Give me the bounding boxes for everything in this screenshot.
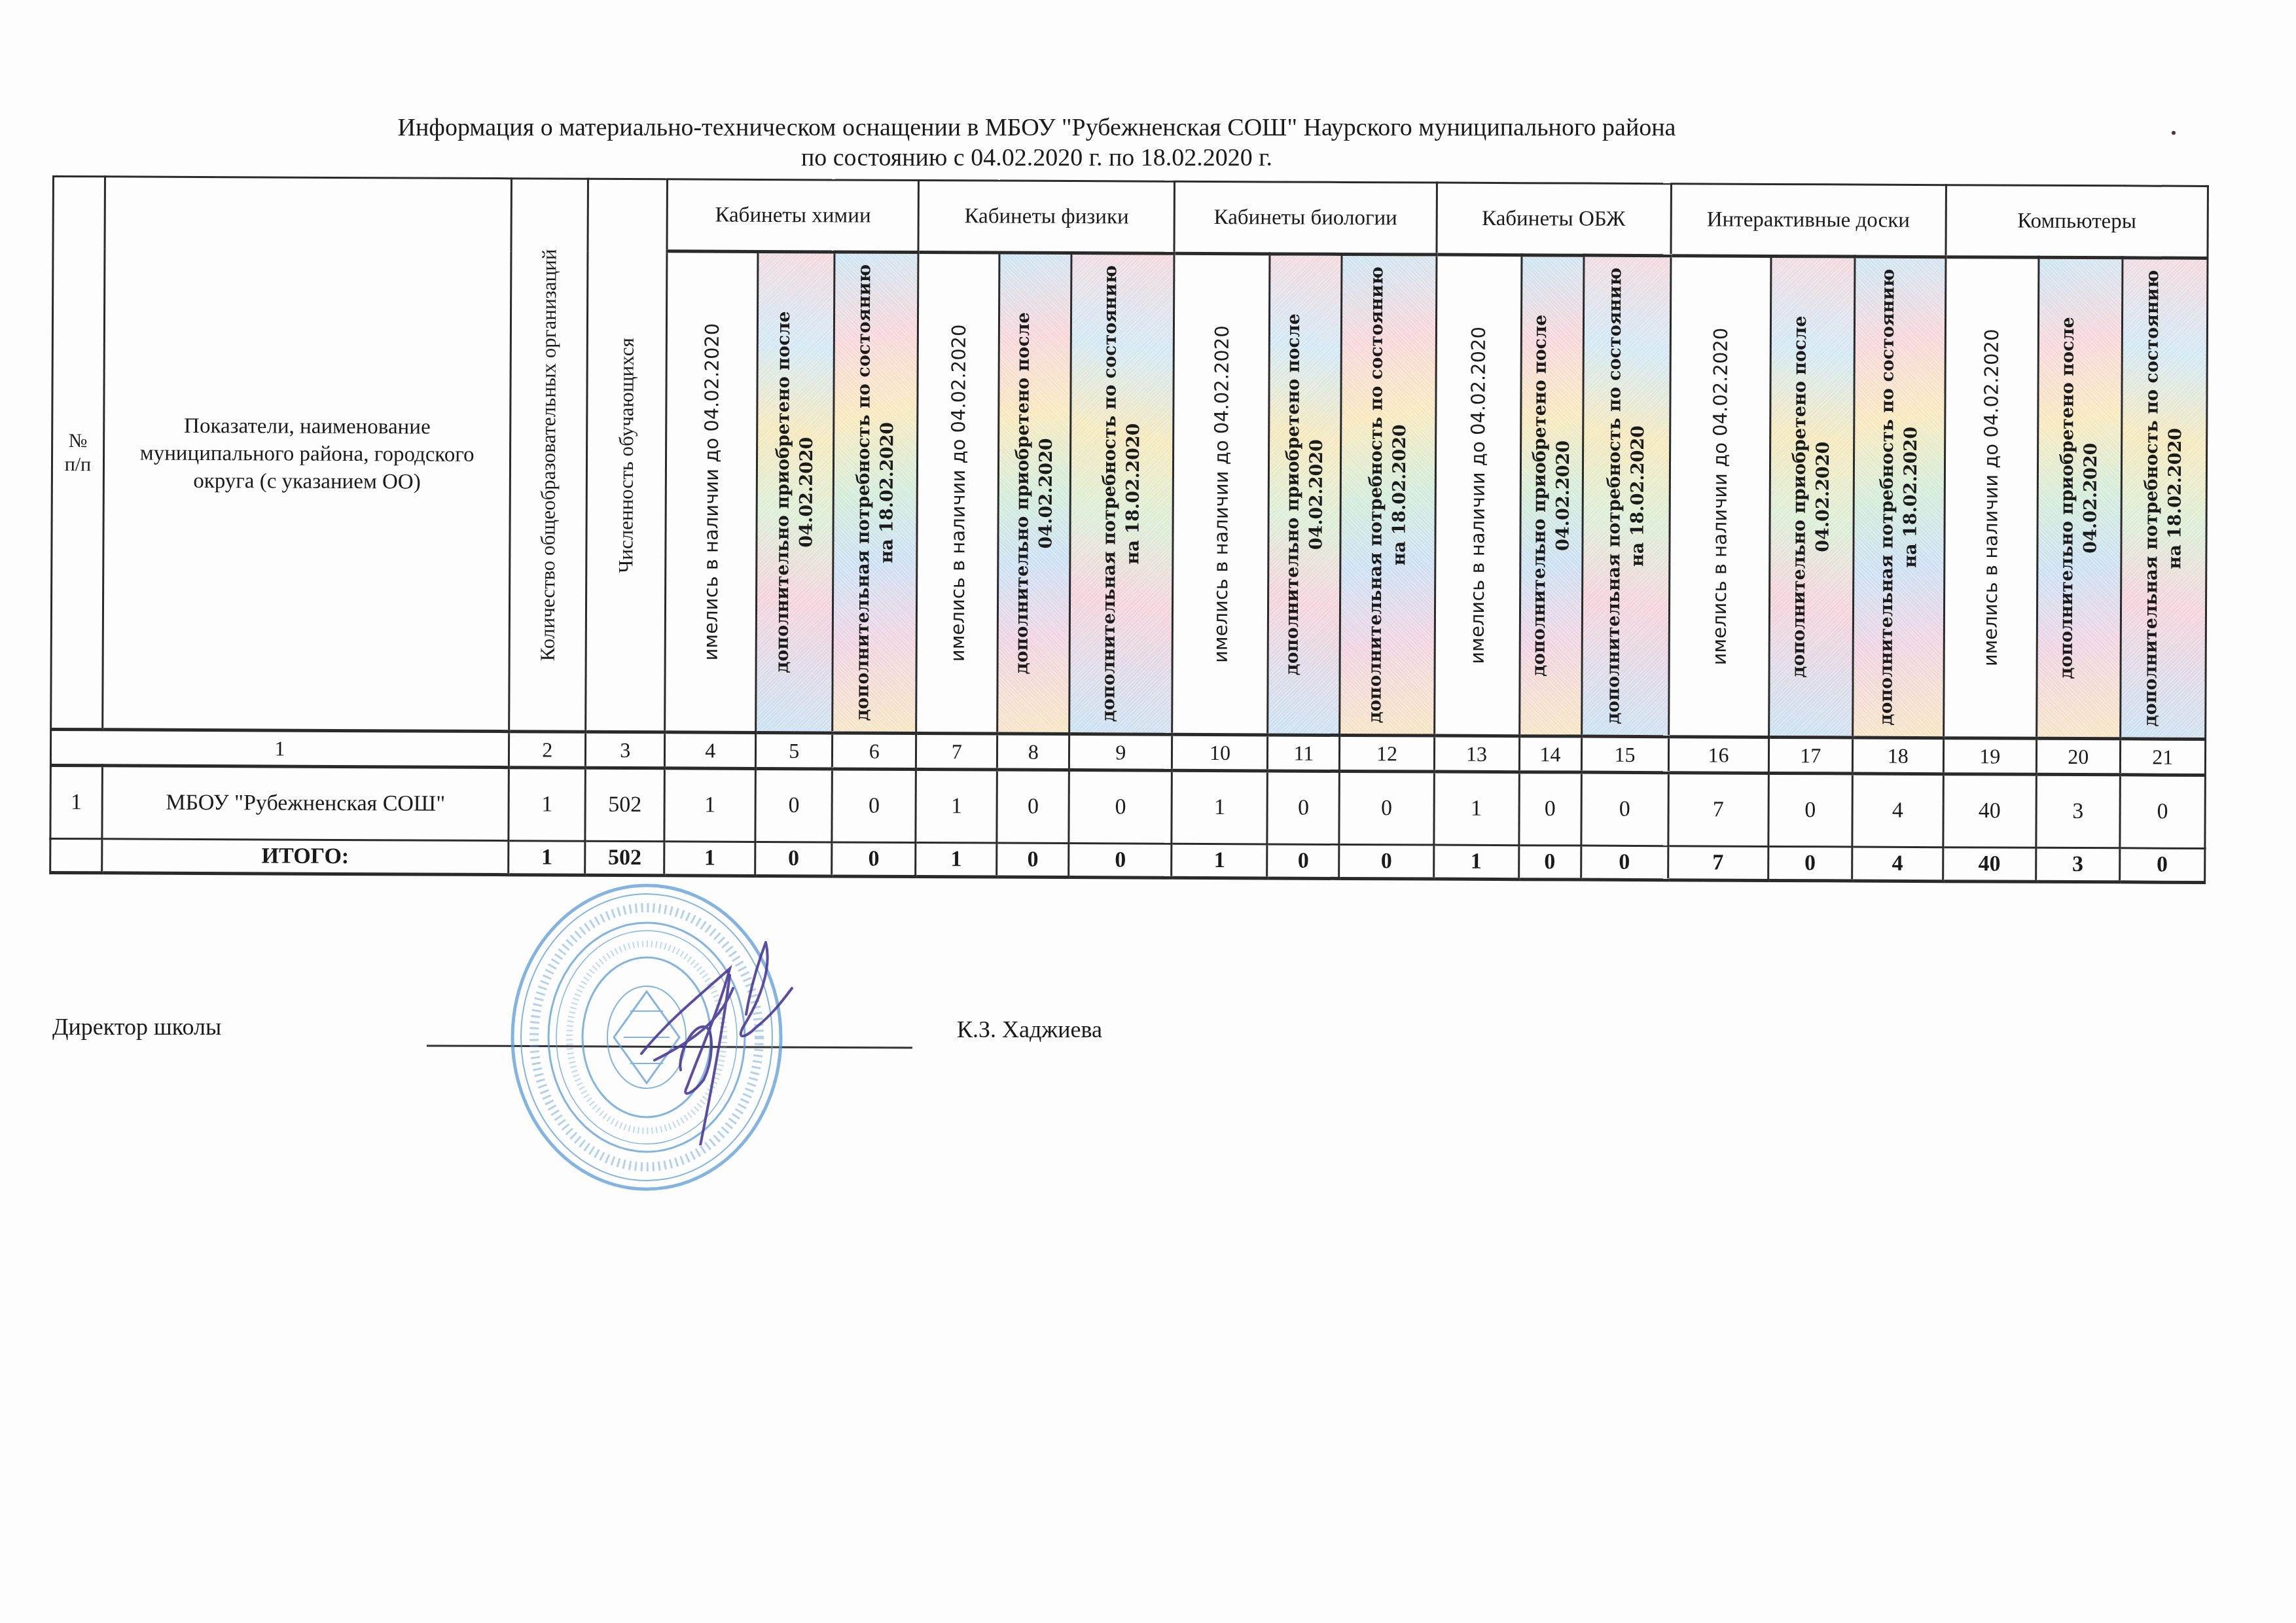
table-row: 1 МБОУ "Рубежненская СОШ" 1 502 1 0 0 1 … [50, 765, 2205, 848]
header-orgs-count: Количество общеобразовательных организац… [509, 179, 588, 732]
total-cell: 0 [1339, 844, 1433, 879]
subheader-additional-need: дополнительная потребность по состоянию … [1581, 255, 1670, 737]
cell: 0 [2120, 775, 2206, 849]
column-number: 19 [1943, 738, 2036, 775]
total-cell: 4 [1852, 847, 1943, 882]
total-cell: 1 [1433, 845, 1518, 880]
cell: 0 [997, 770, 1069, 843]
column-number: 1 [50, 729, 509, 767]
column-number: 18 [1852, 738, 1943, 774]
subheader-acquired-after: дополнительно приобретено после 04.02.20… [2036, 257, 2122, 739]
scan-speck [2172, 131, 2176, 135]
subheader-had-before: имелись в наличии до 04.02.2020 [1943, 257, 2038, 739]
column-number: 2 [509, 732, 586, 768]
header-students: Численность обучающихся [586, 179, 668, 732]
column-number: 14 [1519, 736, 1581, 772]
handwritten-signature-icon [615, 929, 831, 1145]
column-number: 15 [1581, 736, 1668, 773]
column-number: 9 [1069, 734, 1172, 771]
column-number: 12 [1340, 735, 1434, 772]
total-cell: 0 [2119, 848, 2204, 883]
subheader-additional-need: дополнительная потребность по состоянию … [1340, 254, 1436, 736]
column-number: 17 [1768, 737, 1852, 774]
group-obzh: Кабинеты ОБЖ [1436, 183, 1671, 256]
document-subtitle-period: по состоянию с 04.02.2020 г. по 18.02.20… [0, 143, 2185, 173]
column-number: 7 [916, 733, 997, 770]
total-cell: 1 [1172, 844, 1267, 878]
document-title: Информация о материально-техническом осн… [0, 113, 2185, 143]
row-school-name: МБОУ "Рубежненская СОШ" [102, 766, 509, 841]
cell: 3 [2036, 774, 2121, 848]
total-cell: 0 [755, 842, 832, 876]
group-biology: Кабинеты биологии [1174, 181, 1437, 255]
cell: 1 [1433, 772, 1519, 846]
column-number: 21 [2120, 739, 2205, 776]
cell: 7 [1668, 773, 1769, 847]
column-number: 3 [586, 732, 665, 768]
total-cell: 1 [916, 842, 997, 877]
subheader-additional-need: дополнительная потребность по состоянию … [1069, 253, 1174, 735]
total-index-empty [50, 838, 102, 872]
header-num: № п/п [51, 177, 105, 730]
header-row-groups: № п/п Показатели, наименование муниципал… [53, 177, 2208, 259]
subheader-had-before: имелись в наличии до 04.02.2020 [916, 253, 999, 734]
subheader-had-before: имелись в наличии до 04.02.2020 [665, 251, 758, 733]
total-cell: 0 [1581, 846, 1668, 880]
column-number: 5 [756, 732, 833, 769]
subheader-acquired-after: дополнительно приобретено после 04.02.20… [997, 253, 1071, 734]
cell: 0 [1768, 773, 1853, 847]
column-number: 11 [1268, 735, 1340, 771]
total-cell: 0 [1518, 846, 1581, 880]
cell: 1 [916, 769, 997, 843]
total-cell: 40 [1943, 847, 2036, 882]
subheader-acquired-after: дополнительно приобретено после 04.02.20… [756, 251, 834, 733]
cell: 1 [509, 768, 586, 842]
group-interactive-boards: Интерактивные доски [1671, 184, 1946, 257]
subheader-acquired-after: дополнительно приобретено после 04.02.20… [1519, 255, 1583, 736]
total-label: ИТОГО: [102, 839, 509, 875]
cell: 0 [1339, 771, 1434, 845]
equipment-table: № п/п Показатели, наименование муниципал… [49, 175, 2209, 884]
group-physics: Кабинеты физики [918, 181, 1175, 254]
total-cell: 0 [1069, 844, 1172, 878]
group-computers: Компьютеры [1946, 185, 2208, 259]
cell: 0 [832, 769, 916, 843]
cell: 0 [1267, 771, 1340, 844]
column-number: 8 [997, 734, 1069, 770]
subheader-acquired-after: дополнительно приобретено после 04.02.20… [1768, 256, 1854, 738]
subheader-additional-need: дополнительная потребность по состоянию … [2120, 258, 2208, 740]
column-number: 6 [833, 733, 916, 770]
subheader-additional-need: дополнительная потребность по состоянию … [833, 252, 918, 734]
total-cell: 3 [2036, 847, 2119, 882]
subheader-additional-need: дополнительная потребность по состоянию … [1852, 257, 1945, 738]
cell: 502 [585, 768, 665, 842]
cell: 0 [1518, 772, 1581, 846]
subheader-had-before: имелись в наличии до 04.02.2020 [1668, 256, 1770, 738]
header-indicator: Показатели, наименование муниципального … [103, 177, 512, 732]
total-cell: 0 [1768, 846, 1852, 881]
total-cell: 7 [1668, 846, 1768, 881]
total-cell: 1 [509, 841, 585, 876]
row-index: 1 [50, 765, 103, 838]
total-cell: 1 [664, 842, 755, 876]
cell: 1 [664, 768, 756, 842]
cell: 40 [1943, 774, 2037, 848]
total-cell: 0 [997, 843, 1069, 877]
cell: 4 [1852, 774, 1944, 847]
cell: 0 [755, 768, 833, 842]
column-number: 13 [1434, 736, 1519, 772]
total-cell: 502 [585, 841, 664, 876]
director-name: К.З. Хаджиева [957, 1016, 1102, 1043]
total-cell: 0 [1267, 844, 1339, 878]
cell: 0 [1581, 772, 1668, 846]
subheader-had-before: имелись в наличии до 04.02.2020 [1434, 255, 1521, 736]
cell: 1 [1172, 770, 1268, 844]
column-number: 10 [1172, 734, 1268, 771]
subheader-acquired-after: дополнительно приобретено после 04.02.20… [1268, 254, 1342, 735]
column-number: 20 [2036, 738, 2120, 775]
subheader-had-before: имелись в наличии до 04.02.2020 [1172, 253, 1270, 735]
director-position-label: Директор школы [52, 1013, 221, 1041]
column-number: 4 [665, 732, 756, 769]
cell: 0 [1069, 770, 1172, 844]
group-chemistry: Кабинеты химии [667, 179, 919, 253]
column-number: 16 [1668, 737, 1768, 774]
total-cell: 0 [832, 842, 916, 877]
